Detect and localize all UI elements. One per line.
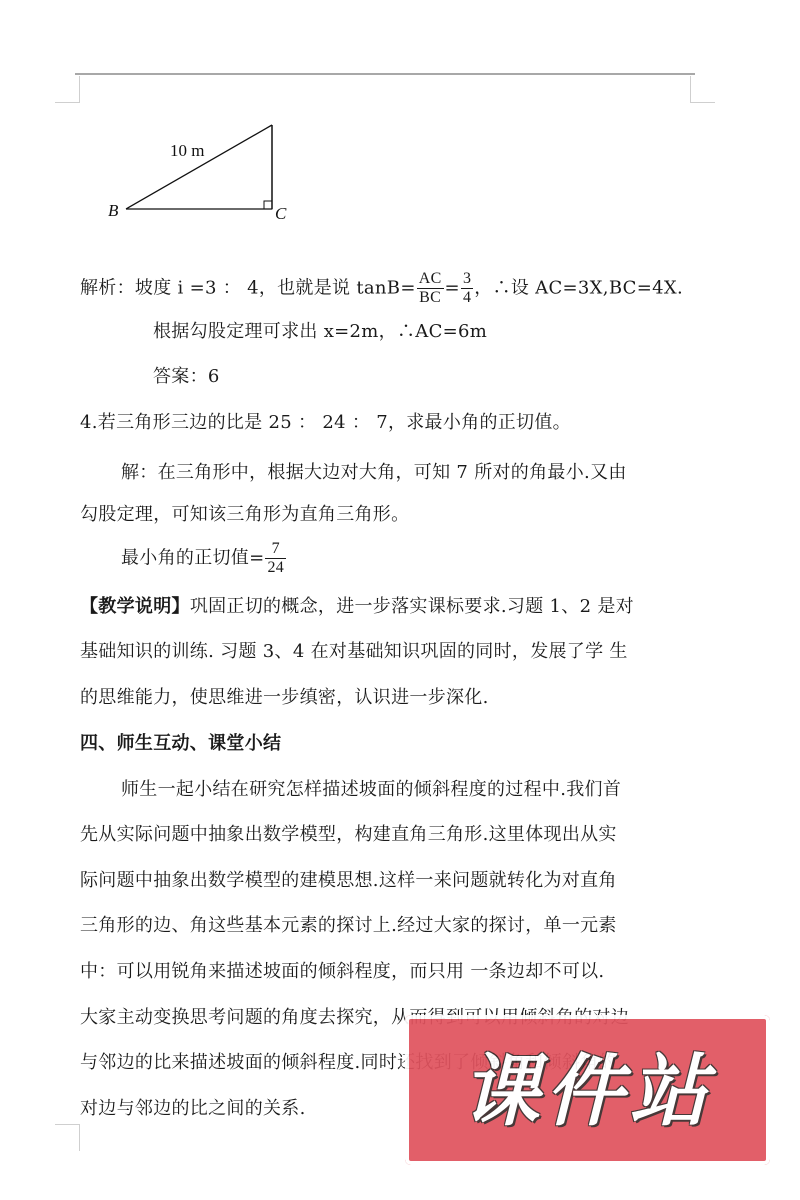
summary-line: 师生一起小结在研究怎样描述坡面的倾斜程度的过程中.我们首: [121, 778, 621, 802]
analysis-text: 解析：坡度 i =3 ： 4，也就是说 tanB=: [80, 278, 416, 299]
teaching-note-line-2: 基础知识的训练. 习题 3、4 在对基础知识巩固的同时，发展了学 生: [80, 640, 628, 664]
summary-line: 中：可以用锐角来描述坡面的倾斜程度，而只用 一条边却不可以.: [80, 960, 604, 984]
summary-line: 三角形的边、角这些基本元素的探讨上.经过大家的探讨，单一元素: [80, 914, 617, 938]
teaching-note-line-3: 的思维能力，使思维进一步缜密，认识进一步深化.: [80, 686, 489, 710]
analysis-answer: 答案：6: [153, 365, 220, 389]
watermark-stamp: 课件站: [405, 1015, 770, 1165]
summary-line: 先从实际问题中抽象出数学模型，构建直角三角形.这里体现出从实: [80, 823, 617, 847]
right-triangle-figure: 10 m B C: [100, 115, 300, 225]
problem-4-answer: 最小角的正切值=724: [121, 540, 287, 577]
fraction-denominator: 24: [265, 559, 286, 577]
page-header-rule: [75, 73, 695, 75]
fraction-ac-bc: ACBC: [417, 270, 444, 307]
equals-sign: =: [445, 278, 460, 299]
analysis-text-suffix: ，∴设 AC=3X,BC=4X.: [474, 278, 683, 299]
summary-line: 际问题中抽象出数学模型的建模思想.这样一来问题就转化为对直角: [80, 869, 617, 893]
vertex-b-label: B: [108, 201, 119, 220]
fraction-numerator: AC: [417, 270, 444, 289]
problem-4-solution-line-2: 勾股定理，可知该三角形为直角三角形。: [80, 503, 409, 527]
teaching-note-text: 巩固正切的概念，进一步落实课标要求.习题 1、2 是对: [190, 596, 634, 617]
teaching-note-label: 【教学说明】: [80, 596, 190, 617]
fraction-3-4: 34: [461, 270, 473, 307]
answer-text: 最小角的正切值=: [121, 548, 264, 569]
margin-corner-top-right: [690, 76, 715, 103]
problem-4-solution-line-1: 解：在三角形中，根据大边对大角，可知 7 所对的角最小.又由: [121, 461, 627, 485]
fraction-denominator: 4: [461, 289, 473, 307]
summary-line: 对边与邻边的比之间的关系.: [80, 1097, 306, 1121]
margin-corner-bottom-left: [55, 1124, 80, 1151]
hypotenuse-label: 10 m: [170, 141, 204, 160]
analysis-line-2: 根据勾股定理可求出 x=2m，∴AC=6m: [153, 320, 487, 344]
section-4-heading: 四、师生互动、课堂小结: [80, 732, 281, 756]
fraction-numerator: 7: [265, 540, 286, 559]
fraction-7-24: 724: [265, 540, 286, 577]
fraction-numerator: 3: [461, 270, 473, 289]
fraction-denominator: BC: [417, 289, 444, 307]
vertex-c-label: C: [275, 204, 287, 223]
analysis-line-1: 解析：坡度 i =3 ： 4，也就是说 tanB=ACBC=34，∴设 AC=3…: [80, 270, 683, 307]
margin-corner-top-left: [55, 76, 80, 103]
triangle-diagram: 10 m B C: [100, 115, 300, 225]
teaching-note-line-1: 【教学说明】巩固正切的概念，进一步落实课标要求.习题 1、2 是对: [80, 595, 634, 619]
watermark-text: 课件站: [405, 1047, 770, 1137]
problem-4-question: 4.若三角形三边的比是 25 ： 24 ： 7，求最小角的正切值。: [80, 411, 571, 435]
